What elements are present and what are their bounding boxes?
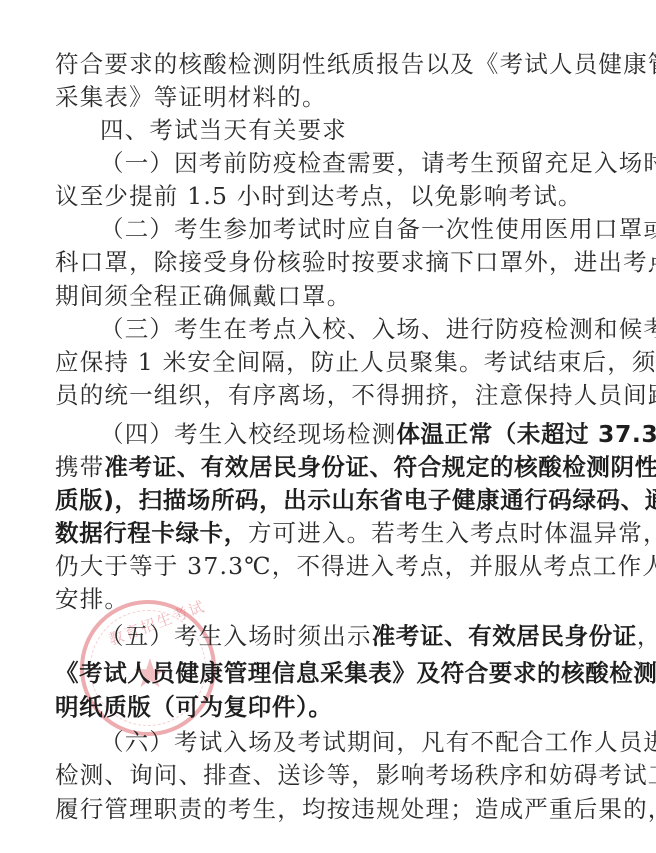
- text-line: 履行管理职责的考生，均按违规处理；造成严重后果的，依法依: [55, 793, 605, 826]
- text-segment: 期间须全程正确佩戴口罩。: [55, 282, 351, 310]
- text-segment: （二）考生参加考试时应自备一次性使用医用口罩或医用外: [100, 215, 656, 243]
- bold-text-segment: 准考证、有效居民身份证、符合规定的核酸检测阴性报告(纸: [104, 453, 656, 481]
- text-line: 四、考试当天有关要求: [100, 114, 605, 147]
- text-line: 期间须全程正确佩戴口罩。: [55, 280, 605, 313]
- text-line: 携带准考证、有效居民身份证、符合规定的核酸检测阴性报告(纸: [55, 451, 605, 484]
- text-segment: 履行管理职责的考生，均按违规处理；造成严重后果的，依法依: [55, 795, 656, 823]
- text-segment: 方可进入。若考生入考点时体温异常，经复测: [248, 519, 656, 547]
- text-line: （四）考生入校经现场检测体温正常（未超过 37.3℃），: [100, 418, 605, 451]
- text-segment: 员的统一组织，有序离场，不得拥挤，注意保持人员间距。: [55, 381, 656, 409]
- text-segment: 采集表》等证明材料的。: [55, 83, 327, 111]
- text-line: 科口罩，除接受身份核验时按要求摘下口罩外，进出考点及考试: [55, 246, 605, 279]
- text-segment: （一）因考前防疫检查需要，请考生预留充足入场时间，建: [100, 149, 656, 177]
- text-line: 员的统一组织，有序离场，不得拥挤，注意保持人员间距。: [55, 379, 605, 412]
- text-segment: 携带: [55, 453, 104, 481]
- text-line: 《考试人员健康管理信息采集表》及符合要求的核酸检测阴性证: [55, 657, 605, 690]
- text-segment: 议至少提前 1.5 小时到达考点，以免影响考试。: [55, 182, 583, 210]
- text-segment: 四、考试当天有关要求: [100, 116, 347, 144]
- text-line: 应保持 1 米安全间隔，防止人员聚集。考试结束后，须按监考人: [55, 346, 605, 379]
- bold-text-segment: 数据行程卡绿卡，: [55, 519, 248, 547]
- bold-text-segment: 《考试人员健康管理信息采集表》及符合要求的核酸检测阴性证: [55, 659, 656, 687]
- bold-text-segment: 明纸质版（可为复印件）。: [55, 693, 332, 721]
- text-line: （三）考生在考点入校、入场、进行防疫检测和候考期间，: [100, 313, 605, 346]
- text-line: 安排。: [55, 583, 605, 616]
- text-line: 数据行程卡绿卡，方可进入。若考生入考点时体温异常，经复测: [55, 517, 605, 550]
- bold-text-segment: 体温正常（未超过 37.3℃），: [396, 420, 656, 448]
- text-line: （二）考生参加考试时应自备一次性使用医用口罩或医用外: [100, 213, 605, 246]
- text-segment: 安排。: [55, 585, 129, 613]
- text-line: 采集表》等证明材料的。: [55, 81, 605, 114]
- text-line: 议至少提前 1.5 小时到达考点，以免影响考试。: [55, 180, 605, 213]
- text-segment: 符合要求的核酸检测阴性纸质报告以及《考试人员健康管理信息: [55, 50, 656, 78]
- text-segment: （三）考生在考点入校、入场、进行防疫检测和候考期间，: [100, 315, 656, 343]
- text-segment: （六）考试入场及考试期间，凡有不配合工作人员进行防疫: [100, 728, 656, 756]
- text-line: （一）因考前防疫检查需要，请考生预留充足入场时间，建: [100, 147, 605, 180]
- text-line: 检测、询问、排查、送诊等，影响考场秩序和妨碍考试工作人员: [55, 759, 605, 792]
- text-segment: 科口罩，除接受身份核验时按要求摘下口罩外，进出考点及考试: [55, 248, 656, 276]
- text-segment: （四）考生入校经现场检测: [100, 420, 396, 448]
- text-line: 质版)，扫描场所码，出示山东省电子健康通行码绿码、通信大: [55, 484, 605, 517]
- text-line: （五）考生入场时须出示准考证、有效居民身份证，并提交: [100, 620, 605, 653]
- text-segment: 检测、询问、排查、送诊等，影响考场秩序和妨碍考试工作人员: [55, 761, 656, 789]
- text-line: （六）考试入场及考试期间，凡有不配合工作人员进行防疫: [100, 726, 605, 759]
- text-line: 仍大于等于 37.3℃，不得进入考点，并服从考点工作人员的相关: [55, 550, 605, 583]
- text-segment: 仍大于等于 37.3℃，不得进入考点，并服从考点工作人员的相关: [55, 552, 656, 580]
- bold-text-segment: 准考证、有效居民身份证: [372, 622, 637, 650]
- text-line: 明纸质版（可为复印件）。: [55, 691, 605, 724]
- text-segment: 应保持 1 米安全间隔，防止人员聚集。考试结束后，须按监考人: [55, 348, 656, 376]
- text-segment: ，并提交: [637, 622, 656, 650]
- text-line: 符合要求的核酸检测阴性纸质报告以及《考试人员健康管理信息: [55, 48, 605, 81]
- bold-text-segment: 质版)，扫描场所码，出示山东省电子健康通行码绿码、通信大: [55, 486, 656, 514]
- document-page: 教育招生考试 ★ 符合要求的核酸检测阴性纸质报告以及《考试人员健康管理信息采集表…: [0, 0, 656, 853]
- text-segment: （五）考生入场时须出示: [100, 622, 372, 650]
